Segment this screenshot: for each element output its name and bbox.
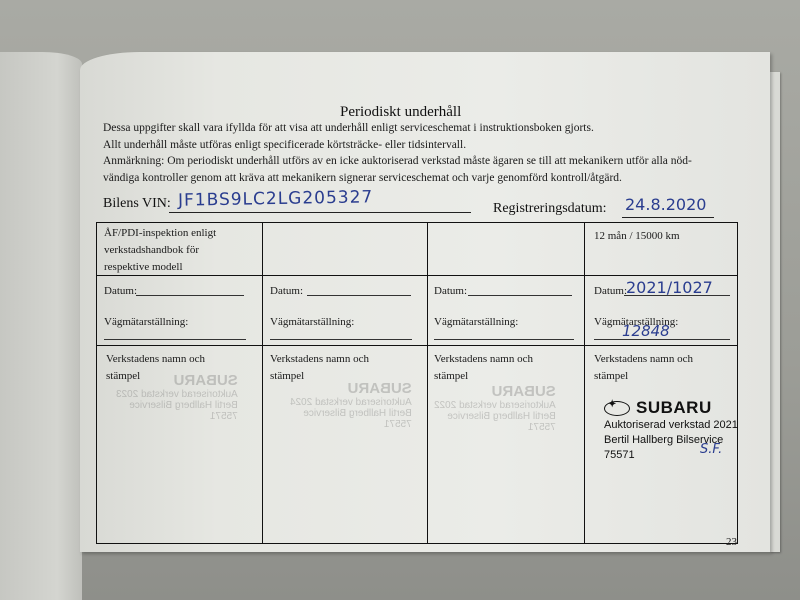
table-border [96,345,738,346]
ghost-stamp-line: Auktoriserad verkstad 2023 [116,389,238,400]
ghost-stamp-line: Auktoriserad verkstad 2022 [434,400,556,411]
ghost-stamp: SUBARU Auktoriserad verkstad 2022 Bertil… [434,383,556,433]
odometer-label: Vägmätarställning: [104,316,188,328]
ghost-stamp-brand: SUBARU [290,380,412,397]
subaru-logo-icon [604,401,630,416]
left-page [0,52,82,600]
date-label: Datum: [104,285,137,297]
date-label: Datum: [270,285,303,297]
table-border [584,222,585,544]
table-border [96,222,97,544]
ghost-stamp-line: 75571 [116,411,238,422]
table-border [737,222,738,544]
stamp-line: Auktoriserad verkstad 2021 [604,418,754,433]
registration-date-underline [622,217,714,218]
stamp-brand: SUBARU [604,398,754,418]
table-border [96,222,738,223]
ghost-stamp-line: Bertil Hallberg Bilservice [290,408,412,419]
odometer-value-4: 12848 [622,322,670,340]
odometer-label: Vägmätarställning: [434,316,518,328]
stamp-line: Bertil Hallberg Bilservice [604,433,754,448]
date-field-3 [468,295,572,296]
intro-line: vändiga kontroller genom att kräva att m… [103,170,703,187]
workshop-stamp: SUBARU Auktoriserad verkstad 2021 Bertil… [604,398,754,463]
page-number: 23 [726,536,737,548]
ghost-stamp: SUBARU Auktoriserad verkstad 2023 Bertil… [116,372,238,422]
ghost-stamp-line: 75571 [434,422,556,433]
registration-date-value: 24.8.2020 [625,195,706,214]
header-cell-12-months: 12 mån / 15000 km [594,228,734,245]
date-field-2 [307,295,411,296]
odometer-field-3 [434,339,574,340]
odometer-field-1 [104,339,246,340]
signature: S.F. [700,442,722,457]
odometer-label: Vägmätarställning: [270,316,354,328]
table-border [427,222,428,544]
date-label: Datum: [434,285,467,297]
ghost-stamp-line: 75571 [290,419,412,430]
page-title: Periodiskt underhåll [340,104,461,121]
intro-line: Dessa uppgifter skall vara ifyllda för a… [103,120,703,137]
ghost-stamp-line: Auktoriserad verkstad 2024 [290,397,412,408]
stamp-brand-name: SUBARU [636,398,712,418]
date-value-4: 2021/1027 [626,278,713,297]
ghost-stamp-line: Bertil Hallberg Bilservice [434,411,556,422]
intro-text: Dessa uppgifter skall vara ifyllda för a… [103,120,703,186]
vin-value: JF1BS9LC2LG205327 [178,187,374,210]
ghost-stamp-brand: SUBARU [116,372,238,389]
table-border [262,222,263,544]
ghost-stamp: SUBARU Auktoriserad verkstad 2024 Bertil… [290,380,412,430]
odometer-field-2 [270,339,412,340]
registration-date-label: Registreringsdatum: [493,201,607,217]
ghost-stamp-line: Bertil Hallberg Bilservice [116,400,238,411]
intro-line: Allt underhåll måste utföras enligt spec… [103,137,703,154]
page-edge [770,72,780,552]
table-border [96,543,738,544]
intro-line: Anmärkning: Om periodiskt underhåll utfö… [103,153,703,170]
header-cell-pdi: ÅF/PDI-inspektion enligt verkstadshandbo… [104,225,244,276]
date-label: Datum: [594,285,627,297]
date-field-1 [136,295,244,296]
stamp-line: 75571 [604,448,754,463]
vin-underline [169,212,471,213]
vin-label: Bilens VIN: [103,196,171,212]
workshop-label: Verkstadens namn och stämpel [434,351,554,385]
ghost-stamp-brand: SUBARU [434,383,556,400]
workshop-label: Verkstadens namn och stämpel [594,351,714,385]
